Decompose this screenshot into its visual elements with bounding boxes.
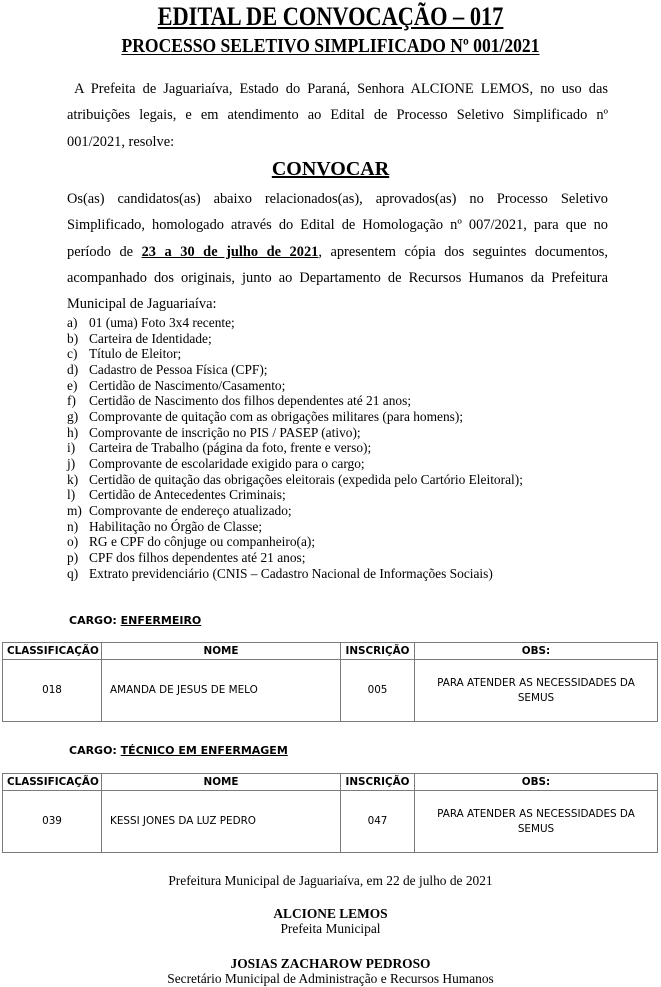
cargo-label: CARGO: [69, 744, 121, 757]
list-item-letter: a) [67, 315, 89, 331]
intro-paragraph: A Prefeita de Jaguariaíva, Estado do Par… [67, 76, 608, 155]
documents-list: a)01 (uma) Foto 3x4 recente; b)Carteira … [67, 315, 627, 581]
list-item: h)Comprovante de inscrição no PIS / PASE… [67, 425, 627, 441]
list-item: b)Carteira de Identidade; [67, 331, 627, 347]
list-item: q)Extrato previdenciário (CNIS – Cadastr… [67, 566, 627, 582]
header-obs: OBS: [415, 774, 658, 791]
table-header-row: CLASSIFICAÇÃO NOME INSCRIÇÃO OBS: [3, 643, 658, 660]
header-nome: NOME [102, 774, 341, 791]
list-item-letter: e) [67, 378, 89, 394]
list-item: g)Comprovante de quitação com as obrigaç… [67, 409, 627, 425]
list-item-text: Comprovante de inscrição no PIS / PASEP … [89, 425, 361, 441]
convocar-heading: CONVOCAR [0, 156, 661, 182]
cell-inscricao: 005 [341, 660, 415, 722]
cargo-name: ENFERMEIRO [121, 614, 202, 627]
list-item-letter: d) [67, 362, 89, 378]
list-item-text: Carteira de Trabalho (página da foto, fr… [89, 440, 371, 456]
list-item-text: Certidão de Nascimento dos filhos depend… [89, 393, 411, 409]
list-item-text: Cadastro de Pessoa Física (CPF); [89, 362, 268, 378]
document-title: EDITAL DE CONVOCAÇÃO – 017 [46, 2, 614, 32]
list-item-letter: k) [67, 472, 89, 488]
header-classificacao: CLASSIFICAÇÃO [3, 643, 102, 660]
list-item-letter: p) [67, 550, 89, 566]
footer-date-line: Prefeitura Municipal de Jaguariaíva, em … [0, 873, 661, 889]
cell-obs: PARA ATENDER AS NECESSIDADES DA SEMUS [415, 791, 658, 853]
cell-classificacao: 039 [3, 791, 102, 853]
list-item-text: Título de Eleitor; [89, 346, 181, 362]
list-item: p)CPF dos filhos dependentes até 21 anos… [67, 550, 627, 566]
cargo-label: CARGO: [69, 614, 121, 627]
header-inscricao: INSCRIÇÃO [341, 643, 415, 660]
signature-role-mayor: Prefeita Municipal [0, 921, 661, 937]
cell-nome: AMANDA DE JESUS DE MELO [102, 660, 341, 722]
cargo-name: TÉCNICO EM ENFERMAGEM [121, 744, 288, 757]
list-item-letter: h) [67, 425, 89, 441]
list-item-text: Comprovante de escolaridade exigido para… [89, 456, 365, 472]
list-item-letter: f) [67, 393, 89, 409]
convocation-period: 23 a 30 de julho de 2021 [142, 244, 319, 260]
list-item: k)Certidão de quitação das obrigações el… [67, 472, 627, 488]
cell-obs-text: PARA ATENDER AS NECESSIDADES DA SEMUS [431, 807, 641, 837]
header-classificacao: CLASSIFICAÇÃO [3, 774, 102, 791]
list-item: n)Habilitação no Órgão de Classe; [67, 519, 627, 535]
signature-name-mayor: ALCIONE LEMOS [0, 906, 661, 922]
list-item-letter: g) [67, 409, 89, 425]
cell-nome: KESSI JONES DA LUZ PEDRO [102, 791, 341, 853]
header-nome: NOME [102, 643, 341, 660]
list-item-text: Certidão de Antecedentes Criminais; [89, 487, 286, 503]
cell-inscricao: 047 [341, 791, 415, 853]
list-item-text: 01 (uma) Foto 3x4 recente; [89, 315, 235, 331]
list-item-letter: j) [67, 456, 89, 472]
list-item-text: CPF dos filhos dependentes até 21 anos; [89, 550, 305, 566]
table-header-row: CLASSIFICAÇÃO NOME INSCRIÇÃO OBS: [3, 774, 658, 791]
list-item: i)Carteira de Trabalho (página da foto, … [67, 440, 627, 456]
list-item-text: Comprovante de endereço atualizado; [89, 503, 292, 519]
cargo-heading-tecnico-enfermagem: CARGO: TÉCNICO EM ENFERMAGEM [69, 744, 288, 758]
candidates-table-tecnico-enfermagem: CLASSIFICAÇÃO NOME INSCRIÇÃO OBS: 039 KE… [2, 773, 658, 853]
candidates-table-enfermeiro: CLASSIFICAÇÃO NOME INSCRIÇÃO OBS: 018 AM… [2, 642, 658, 722]
cell-classificacao: 018 [3, 660, 102, 722]
list-item: l)Certidão de Antecedentes Criminais; [67, 487, 627, 503]
list-item-text: Habilitação no Órgão de Classe; [89, 519, 262, 535]
list-item: e)Certidão de Nascimento/Casamento; [67, 378, 627, 394]
signature-role-secretary: Secretário Municipal de Administração e … [0, 971, 661, 987]
signature-name-secretary: JOSIAS ZACHAROW PEDROSO [0, 956, 661, 972]
list-item-text: Carteira de Identidade; [89, 331, 212, 347]
list-item: a)01 (uma) Foto 3x4 recente; [67, 315, 627, 331]
list-item-text: Extrato previdenciário (CNIS – Cadastro … [89, 566, 493, 582]
list-item-letter: b) [67, 331, 89, 347]
list-item-text: Comprovante de quitação com as obrigaçõe… [89, 409, 463, 425]
cargo-heading-enfermeiro: CARGO: ENFERMEIRO [69, 614, 201, 628]
list-item: f)Certidão de Nascimento dos filhos depe… [67, 393, 627, 409]
cell-obs: PARA ATENDER AS NECESSIDADES DA SEMUS [415, 660, 658, 722]
intro-text: A Prefeita de Jaguariaíva, Estado do Par… [67, 81, 608, 150]
list-item: d)Cadastro de Pessoa Física (CPF); [67, 362, 627, 378]
table-row: 039 KESSI JONES DA LUZ PEDRO 047 PARA AT… [3, 791, 658, 853]
list-item: c)Título de Eleitor; [67, 346, 627, 362]
list-item-text: Certidão de quitação das obrigações elei… [89, 472, 523, 488]
list-item: o)RG e CPF do cônjuge ou companheiro(a); [67, 534, 627, 550]
list-item-letter: q) [67, 566, 89, 582]
list-item-letter: l) [67, 487, 89, 503]
list-item: j)Comprovante de escolaridade exigido pa… [67, 456, 627, 472]
header-obs: OBS: [415, 643, 658, 660]
list-item: m)Comprovante de endereço atualizado; [67, 503, 627, 519]
header-inscricao: INSCRIÇÃO [341, 774, 415, 791]
list-item-letter: c) [67, 346, 89, 362]
cell-obs-text: PARA ATENDER AS NECESSIDADES DA SEMUS [431, 676, 641, 706]
list-item-letter: o) [67, 534, 89, 550]
list-item-letter: i) [67, 440, 89, 456]
convocation-paragraph: Os(as) candidatos(as) abaixo relacionado… [67, 186, 608, 317]
document-subtitle: PROCESSO SELETIVO SIMPLIFICADO Nº 001/20… [33, 35, 628, 59]
table-row: 018 AMANDA DE JESUS DE MELO 005 PARA ATE… [3, 660, 658, 722]
list-item-text: RG e CPF do cônjuge ou companheiro(a); [89, 534, 315, 550]
list-item-text: Certidão de Nascimento/Casamento; [89, 378, 285, 394]
list-item-letter: m) [67, 503, 89, 519]
list-item-letter: n) [67, 519, 89, 535]
